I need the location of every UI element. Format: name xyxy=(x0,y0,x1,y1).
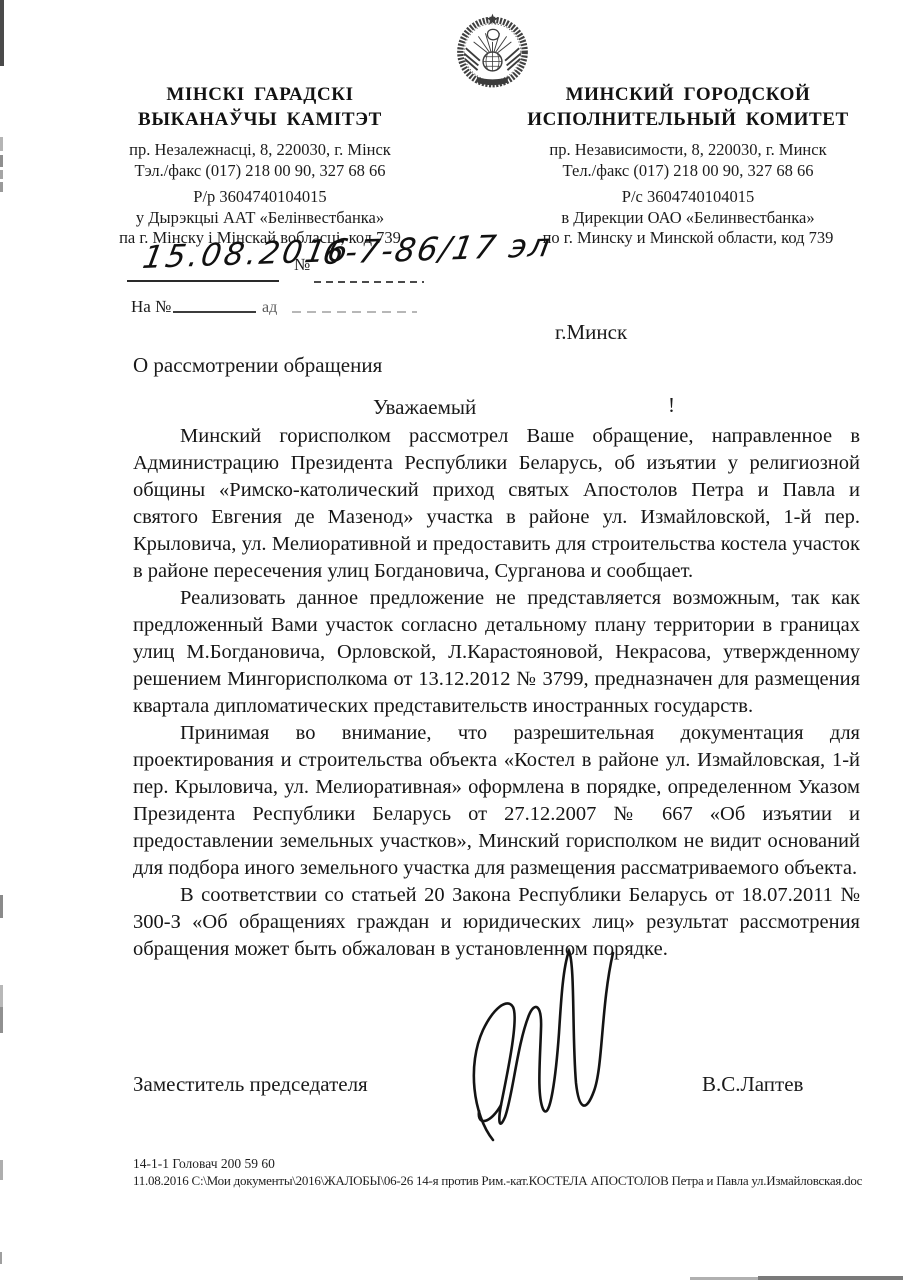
on-number-label: На № xyxy=(131,297,171,317)
org-address-by: пр. Незалежнасці, 8, 220030, г. Мінск xyxy=(84,140,436,161)
date-underline xyxy=(127,280,279,282)
org-name-ru-line2: ИСПОЛНИТЕЛЬНЫЙ КОМИТЕТ xyxy=(492,107,884,132)
scan-artifact xyxy=(0,155,3,167)
org-account-ru: Р/с 3604740104015 xyxy=(492,187,884,208)
number-sign-label: № xyxy=(294,255,310,275)
org-phone-by: Тэл./факс (017) 218 00 90, 327 68 66 xyxy=(84,161,436,182)
scan-artifact xyxy=(0,137,3,151)
scan-artifact xyxy=(0,170,3,179)
scan-artifact xyxy=(0,1252,2,1264)
scan-artifact xyxy=(0,1007,3,1033)
org-address-ru: пр. Независимости, 8, 220030, г. Минск xyxy=(492,140,884,161)
city-line: г.Минск xyxy=(555,320,627,345)
scan-artifact xyxy=(758,1276,903,1280)
sender-belarusian-block: МІНСКІ ГАРАДСКІ ВЫКАНАЎЧЫ КАМІТЭТ пр. Не… xyxy=(84,82,436,249)
org-bank-by-line1: у Дырэкцыі ААТ «Белінвестбанка» xyxy=(84,208,436,229)
handwritten-signature xyxy=(455,945,635,1145)
letter-page: МІНСКІ ГАРАДСКІ ВЫКАНАЎЧЫ КАМІТЭТ пр. Не… xyxy=(0,0,903,1280)
signer-position: Заместитель председателя xyxy=(133,1072,368,1097)
sender-russian-block: МИНСКИЙ ГОРОДСКОЙ ИСПОЛНИТЕЛЬНЫЙ КОМИТЕТ… xyxy=(492,82,884,249)
paragraph-3: Принимая во внимание, что разрешительная… xyxy=(133,720,860,882)
scan-artifact xyxy=(0,985,3,1007)
org-name-by-line2: ВЫКАНАЎЧЫ КАМІТЭТ xyxy=(84,107,436,132)
on-number-blank-line xyxy=(173,311,256,313)
number-underline xyxy=(314,281,424,283)
coat-of-arms-icon xyxy=(453,12,532,89)
org-phone-ru: Тел./факс (017) 218 00 90, 327 68 66 xyxy=(492,161,884,182)
scan-artifact xyxy=(0,182,3,192)
org-name-ru-line1: МИНСКИЙ ГОРОДСКОЙ xyxy=(492,82,884,107)
scan-artifact xyxy=(0,895,3,918)
letter-body: Минский горисполком рассмотрел Ваше обра… xyxy=(133,423,860,963)
org-name-by-line1: МІНСКІ ГАРАДСКІ xyxy=(84,82,436,107)
paragraph-1: Минский горисполком рассмотрел Ваше обра… xyxy=(133,423,860,585)
from-date-label: ад xyxy=(262,299,277,317)
salutation: Уважаемый xyxy=(373,395,476,420)
signer-name: В.С.Лаптев xyxy=(702,1072,803,1097)
salutation-exclamation: ! xyxy=(668,393,675,418)
scan-artifact xyxy=(0,1160,3,1180)
handwritten-number: 6-7-86/17 эл xyxy=(320,226,555,272)
subject-line: О рассмотрении обращения xyxy=(133,353,382,378)
from-date-blank-line xyxy=(292,311,417,313)
footer-executor-line: 14-1-1 Головач 200 59 60 xyxy=(133,1156,275,1172)
org-account-by: Р/р 3604740104015 xyxy=(84,187,436,208)
scan-artifact xyxy=(0,0,4,66)
footer-filepath-line: 11.08.2016 C:\Мои документы\2016\ЖАЛОБЫ\… xyxy=(133,1173,862,1189)
paragraph-2: Реализовать данное предложение не предст… xyxy=(133,585,860,720)
